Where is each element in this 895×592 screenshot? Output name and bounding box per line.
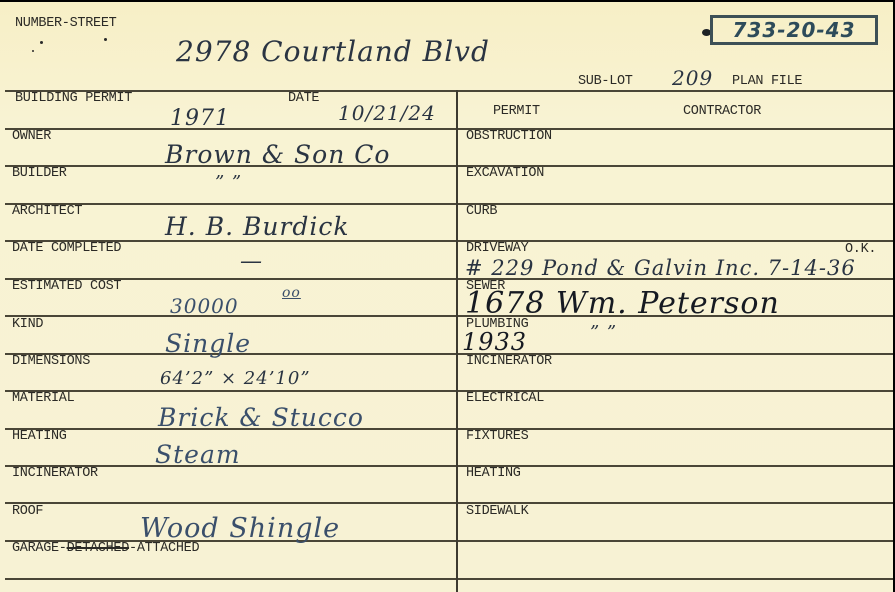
row-divider: [5, 165, 893, 167]
label-material: MATERIAL: [12, 392, 74, 406]
row-divider: [5, 390, 893, 392]
label-fixtures: FIXTURES: [466, 430, 528, 444]
label-heating-permit: HEATING: [466, 467, 521, 481]
permit-header: PERMIT: [493, 105, 540, 119]
label-builder: BUILDER: [12, 167, 67, 181]
contractor-header: CONTRACTOR: [683, 105, 761, 119]
value-dimensions: 64’2” × 24’10”: [160, 370, 311, 388]
value-estimated-cost: 30000: [170, 296, 239, 316]
value-date: 10/21/24: [338, 103, 436, 123]
label-obstruction: OBSTRUCTION: [466, 130, 552, 144]
row-divider: [5, 128, 893, 130]
sub-lot-label: SUB-LOT: [578, 75, 633, 89]
row-divider: [5, 203, 893, 205]
label-date-completed: DATE COMPLETED: [12, 242, 121, 256]
value-building-permit: 1971: [170, 108, 230, 130]
label-incinerator: INCINERATOR: [12, 467, 98, 481]
number-street-label: NUMBER-STREET: [15, 17, 116, 31]
label-roof: ROOF: [12, 505, 43, 519]
label-owner: OWNER: [12, 130, 51, 144]
label-garage: GARAGE-DETACHED-ATTACHED: [12, 542, 199, 556]
permit-card: NUMBER-STREET 2978 Courtland Blvd 733-20…: [0, 2, 893, 592]
label-heating: HEATING: [12, 430, 67, 444]
garage-prefix: GARAGE-: [12, 541, 67, 556]
driveway-status: O.K.: [845, 243, 876, 257]
label-dimensions: DIMENSIONS: [12, 355, 90, 369]
value-plumbing-ditto: ” ”: [590, 324, 617, 342]
value-plumbing: 1933: [462, 330, 527, 354]
garage-detached-struck: DETACHED: [67, 541, 129, 556]
label-electrical: ELECTRICAL: [466, 392, 544, 406]
value-estimated-cost-cents: oo: [282, 286, 301, 300]
plan-file-label: PLAN FILE: [732, 75, 802, 89]
label-driveway: DRIVEWAY: [466, 242, 528, 256]
value-sewer: 1678 Wm. Peterson: [465, 289, 780, 319]
label-architect: ARCHITECT: [12, 205, 82, 219]
row-divider: [5, 465, 893, 467]
label-incinerator-permit: INCINERATOR: [466, 355, 552, 369]
column-divider: [456, 90, 458, 592]
value-builder: ” ”: [215, 174, 242, 192]
row-divider: [5, 240, 893, 242]
label-date: DATE: [288, 92, 319, 106]
row-divider: [5, 428, 893, 430]
row-divider: [5, 578, 893, 580]
row-divider: [5, 502, 893, 504]
address-value: 2978 Courtland Blvd: [176, 38, 490, 66]
value-driveway: # 229 Pond & Galvin Inc. 7-14-36: [465, 258, 856, 279]
label-sidewalk: SIDEWALK: [466, 505, 528, 519]
sub-lot-value: 209: [672, 68, 713, 88]
file-number-stamp: 733-20-43: [710, 15, 878, 45]
speck: [104, 38, 107, 41]
speck: [32, 50, 34, 52]
value-date-completed: —: [240, 251, 263, 273]
row-divider: [5, 90, 893, 92]
label-excavation: EXCAVATION: [466, 167, 544, 181]
value-roof: Wood Shingle: [140, 515, 340, 542]
label-estimated-cost: ESTIMATED COST: [12, 280, 121, 294]
value-owner: Brown & Son Co: [165, 142, 390, 167]
label-kind: KIND: [12, 318, 43, 332]
value-architect: H. B. Burdick: [165, 214, 350, 239]
row-divider: [5, 353, 893, 355]
speck: [40, 41, 43, 44]
value-kind: Single: [165, 331, 251, 356]
label-building-permit: BUILDING PERMIT: [15, 92, 132, 106]
label-curb: CURB: [466, 205, 497, 219]
value-heating: Steam: [155, 442, 241, 467]
value-material: Brick & Stucco: [158, 405, 364, 430]
